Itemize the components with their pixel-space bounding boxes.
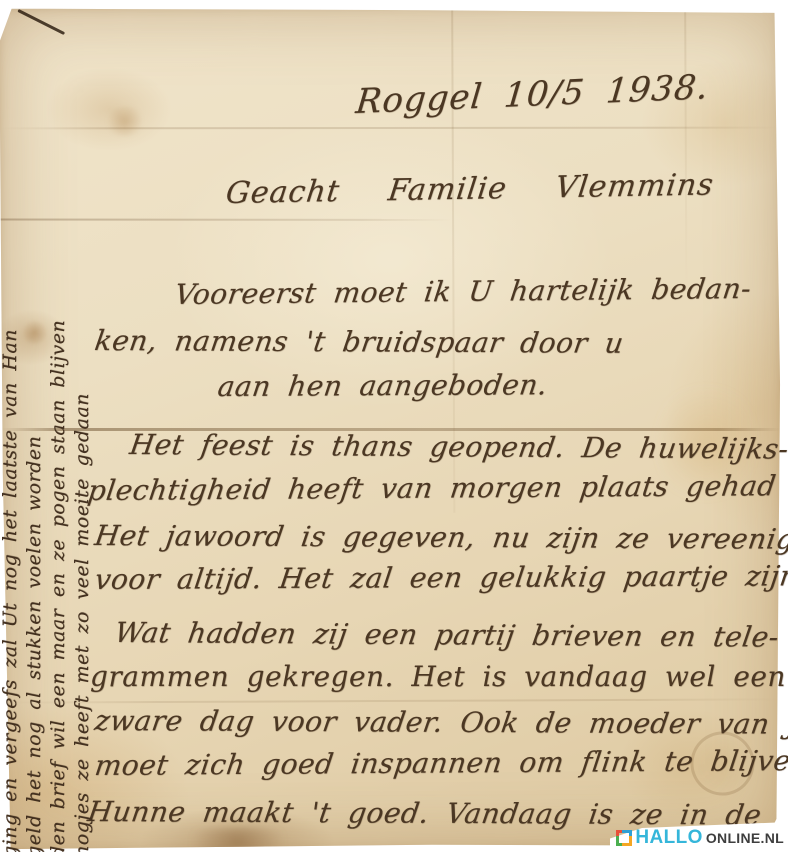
margin-line: nogjes ze heeft met zo veel moeite gedaa…: [70, 258, 94, 852]
letter-line: Het jawoord is gegeven, nu zijn ze veree…: [93, 519, 788, 556]
fold-crease: [0, 219, 452, 221]
letter-line: ken, namens 't bruidspaar door u: [93, 324, 626, 360]
letter-line: Het feest is thans geopend. De huwelijks…: [128, 428, 788, 466]
letter-line: grammen gekregen. Het is vandaag wel een: [90, 660, 786, 693]
corner-crease-mark: [17, 9, 65, 35]
margin-line: ging en vergeefs zal Ut nog het laatste …: [0, 258, 22, 852]
margin-line: geld het nog al stukken voelen worden: [22, 258, 46, 852]
fold-crease: [0, 127, 780, 130]
paper-stain: [173, 827, 303, 852]
scanned-letter-page: { "document": { "kind": "handwritten let…: [0, 0, 788, 852]
letter-line: moet zich goed inspannen om flink te bli…: [93, 744, 788, 782]
letter-line: plechtigheid heeft van morgen plaats geh…: [86, 469, 778, 507]
paper-stain: [104, 106, 146, 136]
margin-line: den brief wil een maar en ze pogen staan…: [46, 258, 70, 852]
fold-crease: [2, 698, 782, 703]
watermark-brand-secondary: ONLINE.NL: [706, 830, 784, 846]
watermark-brand-primary: HALLO: [635, 827, 702, 849]
letter-line: voor altijd. Het zal een gelukkig paartj…: [93, 559, 788, 596]
letter-line: Vooreerst moet ik U hartelijk bedan-: [173, 272, 754, 311]
halloonline-watermark: HALLO ONLINE.NL: [616, 826, 784, 850]
letter-line: Wat hadden zij een partij brieven en tel…: [113, 616, 782, 654]
halloonline-logo-icon: [616, 830, 632, 846]
margin-annotation: ging en vergeefs zal Ut nog het laatste …: [0, 258, 94, 852]
letter-line: aan hen aangeboden.: [216, 368, 550, 403]
fold-crease: [684, 6, 687, 293]
letter-line: zware dag voor vader. Ook de moeder van …: [93, 704, 788, 741]
